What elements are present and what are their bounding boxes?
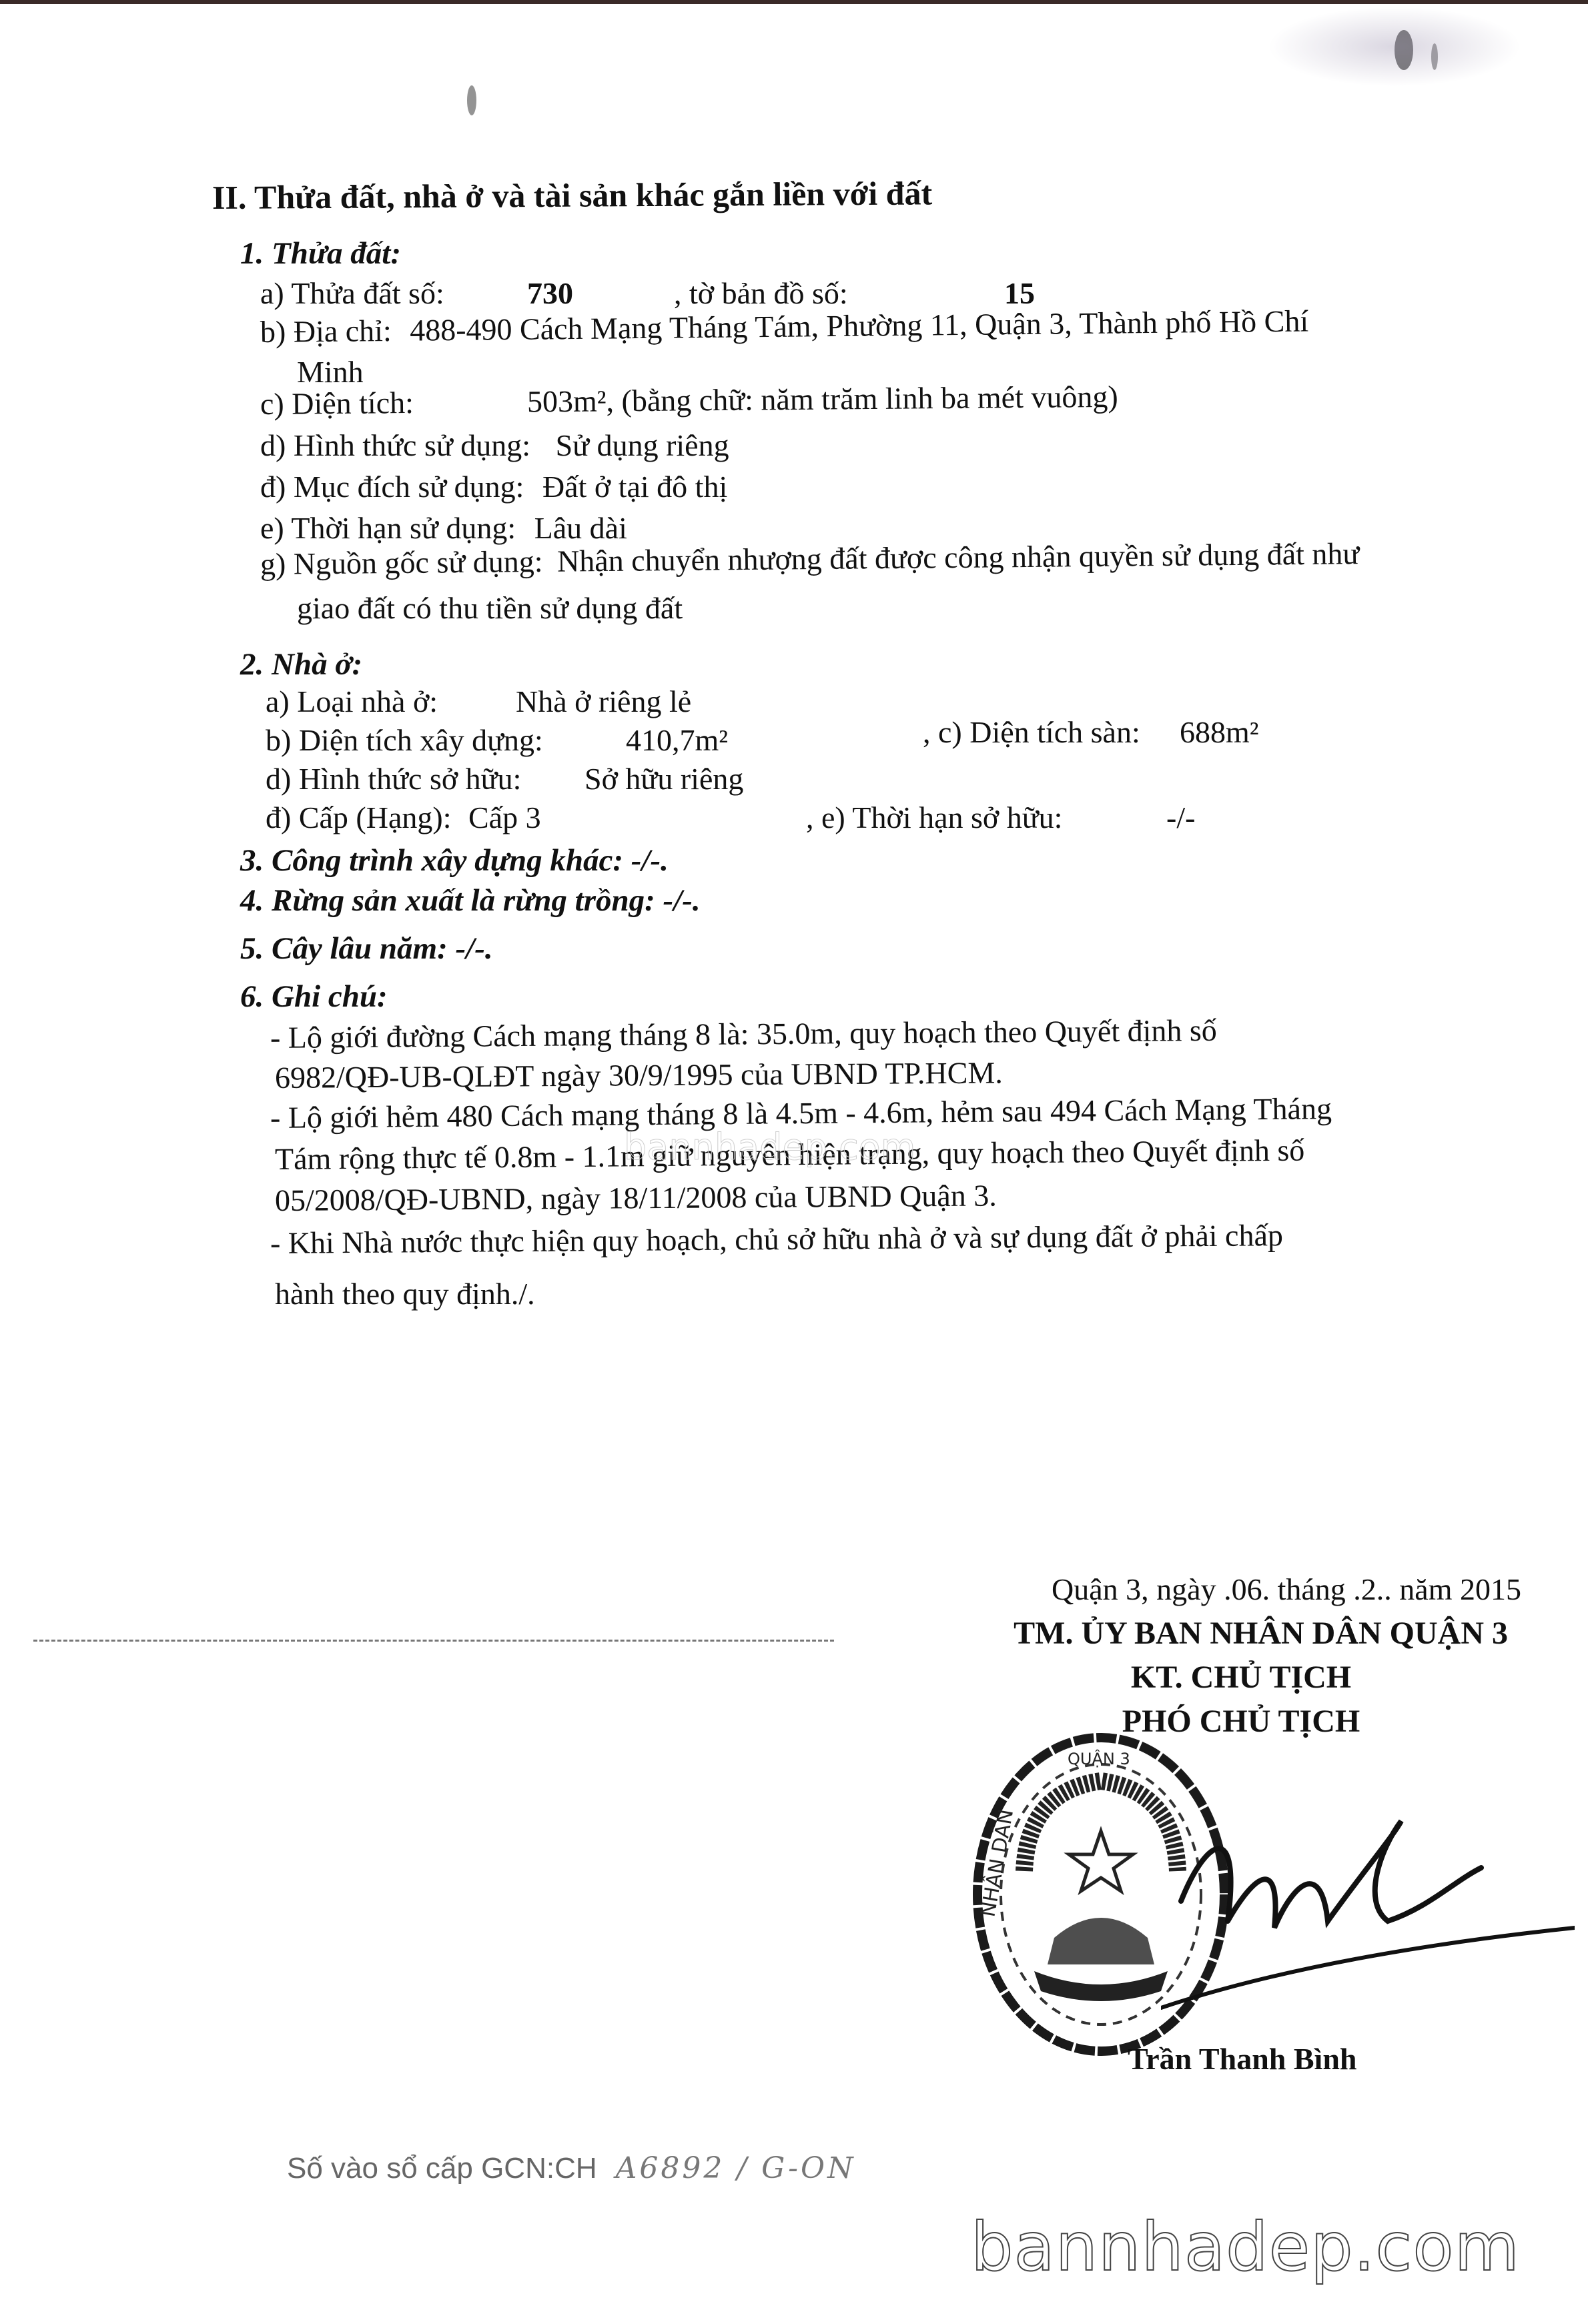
signer-name: Trần Thanh Bình	[1128, 2041, 1357, 2077]
usage-form-label: d) Hình thức sử dụng:	[260, 428, 530, 462]
house-type-value: Nhà ở riêng lẻ	[516, 683, 691, 720]
map-label: , tờ bản đồ số:	[674, 275, 848, 312]
watermark-main: bannhadep.com	[971, 2208, 1520, 2286]
registry-handwritten-value: A6892 / G-ON	[616, 2151, 856, 2185]
build-area-value: 410,7m²	[626, 722, 728, 759]
issuing-organization: TM. ỦY BAN NHÂN DÂN QUẬN 3	[921, 1612, 1561, 1656]
parcel-value: 730	[527, 275, 573, 312]
usage-form-value: Sử dụng riêng	[556, 428, 729, 462]
signer-role-1: KT. CHỦ TỊCH	[921, 1656, 1561, 1700]
build-area-label: b) Diện tích xây dựng:	[266, 723, 543, 757]
grade-label: đ) Cấp (Hạng):	[266, 800, 451, 834]
address-value: 488-490 Cách Mạng Tháng Tám, Phường 11, …	[410, 304, 1308, 348]
ownership-label: d) Hình thức sở hữu:	[266, 762, 521, 796]
ink-smudge	[467, 85, 476, 115]
registry-label: Số vào sổ cấp GCN:CH	[287, 2152, 597, 2185]
purpose-value: Đất ở tại đô thị	[542, 470, 727, 504]
ownership-row: d) Hình thức sở hữu: Sở hữu riêng	[266, 760, 521, 798]
document-page: II. Thửa đất, nhà ở và tài sản khác gắn …	[0, 0, 1588, 2324]
area-value: 503m², (bằng chữ: năm trăm linh ba mét v…	[527, 378, 1118, 421]
registry-number: Số vào sổ cấp GCN:CHA6892 / G-ON	[287, 2151, 856, 2185]
perennial-trees: 5. Cây lâu năm: -/-.	[240, 930, 493, 967]
note-line: - Khi Nhà nước thực hiện quy hoạch, chủ …	[270, 1217, 1283, 1262]
note-line: - Lộ giới đường Cách mạng tháng 8 là: 35…	[270, 1012, 1217, 1057]
own-term-value: -/-	[1166, 799, 1195, 836]
house-type-label: a) Loại nhà ở:	[266, 684, 438, 718]
handwritten-signature-icon	[1161, 1794, 1575, 2014]
term-row: e) Thời hạn sử dụng: Lâu dài	[260, 510, 627, 547]
floor-area-value: 688m²	[1180, 714, 1259, 751]
other-construction: 3. Công trình xây dựng khác: -/-.	[240, 842, 669, 879]
floor-area-label: , c) Diện tích sàn:	[923, 714, 1140, 751]
section-title: II. Thửa đất, nhà ở và tài sản khác gắn …	[212, 174, 933, 216]
scan-shadow	[1268, 7, 1521, 87]
area-row: c) Diện tích: 503m², (bằng chữ: năm trăm…	[260, 384, 414, 423]
place-date: Quận 3, ngày .06. tháng .2.. năm 2015	[921, 1568, 1561, 1612]
production-forest: 4. Rừng sản xuất là rừng trồng: -/-.	[240, 882, 701, 919]
term-label: e) Thời hạn sử dụng:	[260, 511, 516, 545]
note-line: hành theo quy định./.	[275, 1275, 535, 1313]
origin-value: Nhận chuyển nhượng đất được công nhận qu…	[557, 536, 1360, 578]
house-heading: 2. Nhà ở:	[240, 646, 362, 683]
address-label: b) Địa chỉ:	[260, 314, 392, 349]
divider-line	[33, 1640, 834, 1642]
term-value: Lâu dài	[534, 511, 627, 545]
scan-edge	[0, 0, 1588, 4]
land-heading: 1. Thửa đất:	[240, 235, 401, 272]
house-area-row: b) Diện tích xây dựng: 410,7m² , c) Diện…	[266, 722, 1366, 759]
own-term-label: , e) Thời hạn sở hữu:	[806, 799, 1062, 836]
grade-value: Cấp 3	[468, 800, 541, 834]
svg-text:QUẬN 3: QUẬN 3	[1068, 1749, 1130, 1768]
house-type-row: a) Loại nhà ở: Nhà ở riêng lẻ	[266, 683, 438, 720]
note-line: 05/2008/QĐ-UBND, ngày 18/11/2008 của UBN…	[275, 1177, 997, 1219]
note-line: 6982/QĐ-UB-QLĐT ngày 30/9/1995 của UBND …	[275, 1054, 1003, 1097]
grade-row: đ) Cấp (Hạng): Cấp 3 , e) Thời hạn sở hữ…	[266, 799, 1233, 836]
origin-label: g) Nguồn gốc sử dụng:	[260, 544, 543, 581]
purpose-label: đ) Mục đích sử dụng:	[260, 470, 524, 504]
ownership-value: Sở hữu riêng	[584, 760, 743, 798]
origin-value-cont: giao đất có thu tiền sử dụng đất	[297, 590, 683, 627]
watermark-faint: bannhadep.com	[624, 1126, 915, 1168]
area-label: c) Diện tích:	[260, 386, 414, 421]
usage-form-row: d) Hình thức sử dụng: Sử dụng riêng	[260, 427, 729, 464]
purpose-row: đ) Mục đích sử dụng: Đất ở tại đô thị	[260, 468, 727, 506]
notes-heading: 6. Ghi chú:	[240, 978, 388, 1015]
parcel-label: a) Thửa đất số:	[260, 276, 444, 310]
